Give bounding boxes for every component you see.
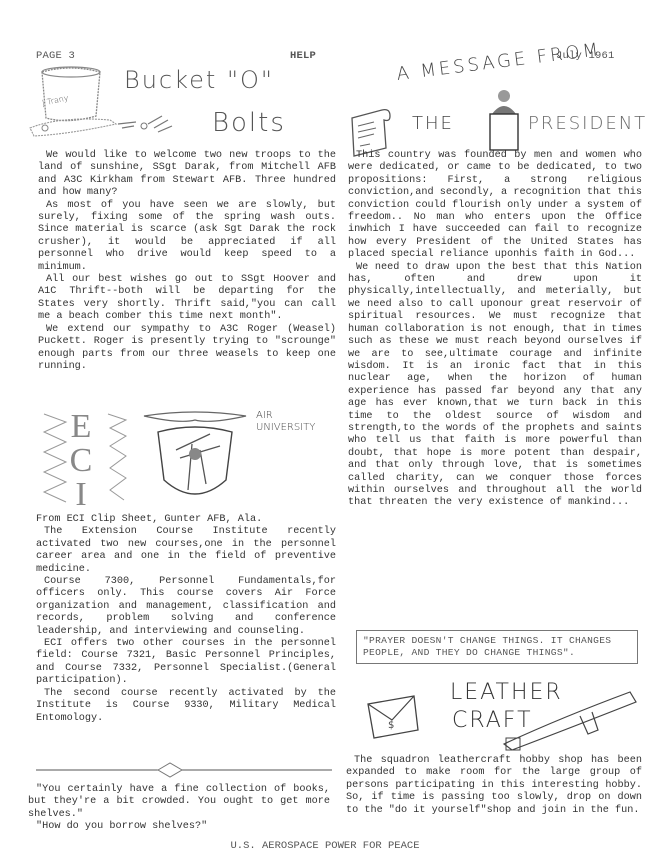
joke-setup: "You certainly have a fine collection of… bbox=[28, 784, 330, 821]
washout-paragraph: As most of you have seen we are slowly, … bbox=[38, 200, 336, 274]
president-title: PRESIDENT bbox=[528, 113, 647, 134]
leathercraft-section: The squadron leathercraft hobby shop has… bbox=[346, 755, 642, 817]
president-paragraph-1: This country was founded by men and wome… bbox=[348, 150, 642, 262]
air-university-arc-text: AIR UNIVERSITY bbox=[256, 410, 316, 434]
podium-president-icon bbox=[486, 88, 522, 152]
bolts-title: Bolts bbox=[212, 108, 286, 138]
sympathy-paragraph: We extend our sympathy to A3C Roger (Wea… bbox=[38, 324, 336, 374]
course-7300-paragraph: Course 7300, Personnel Fundamentals,for … bbox=[36, 576, 336, 638]
eci-source-line: From ECI Clip Sheet, Gunter AFB, Ala. bbox=[36, 514, 336, 526]
leather-belt-icon bbox=[500, 688, 640, 752]
left-news-section: We would like to welcome two new troops … bbox=[38, 150, 336, 373]
eci-letter-e: E bbox=[66, 410, 96, 444]
welcome-paragraph: We would like to welcome two new troops … bbox=[38, 150, 336, 200]
diamond-divider-icon bbox=[36, 762, 332, 778]
the-title: THE bbox=[412, 113, 454, 134]
eci-activation-paragraph: The Extension Course Institute recently … bbox=[36, 526, 336, 576]
other-courses-paragraph: ECI offers two other courses in the pers… bbox=[36, 638, 336, 688]
joke-section: "You certainly have a fine collection of… bbox=[28, 784, 330, 834]
leathercraft-paragraph: The squadron leathercraft hobby shop has… bbox=[346, 755, 642, 817]
message-from-title: A MESSAGE FROM bbox=[395, 39, 602, 85]
air-university-emblem-icon bbox=[140, 410, 250, 510]
eci-letter-c: C bbox=[66, 444, 96, 478]
eci-section: From ECI Clip Sheet, Gunter AFB, Ala. Th… bbox=[36, 514, 336, 725]
prayer-quote-box: "PRAYER DOESN'T CHANGE THINGS. IT CHANGE… bbox=[356, 630, 638, 664]
course-9330-paragraph: The second course recently activated by … bbox=[36, 688, 336, 725]
leather-bag-icon: $ bbox=[364, 692, 420, 742]
page-number: PAGE 3 bbox=[36, 50, 75, 62]
farewell-paragraph: All our best wishes go out to SSgt Hoove… bbox=[38, 274, 336, 324]
bolts-doodle-icon bbox=[116, 112, 176, 136]
president-message-section: This country was founded by men and wome… bbox=[348, 150, 642, 510]
bucket-o-title: Bucket "O" bbox=[124, 66, 274, 94]
eci-zigzag-right-icon bbox=[106, 412, 130, 502]
joke-punchline: "How do you borrow shelves?" bbox=[28, 821, 330, 833]
footer-slogan: U.S. AEROSPACE POWER FOR PEACE bbox=[0, 840, 650, 852]
newsletter-title: HELP bbox=[290, 50, 316, 62]
svg-text:$: $ bbox=[388, 720, 394, 731]
eci-letter-i: I bbox=[66, 478, 96, 512]
president-paragraph-2: We need to draw upon the best that this … bbox=[348, 262, 642, 510]
eci-letters: E C I bbox=[66, 410, 96, 512]
